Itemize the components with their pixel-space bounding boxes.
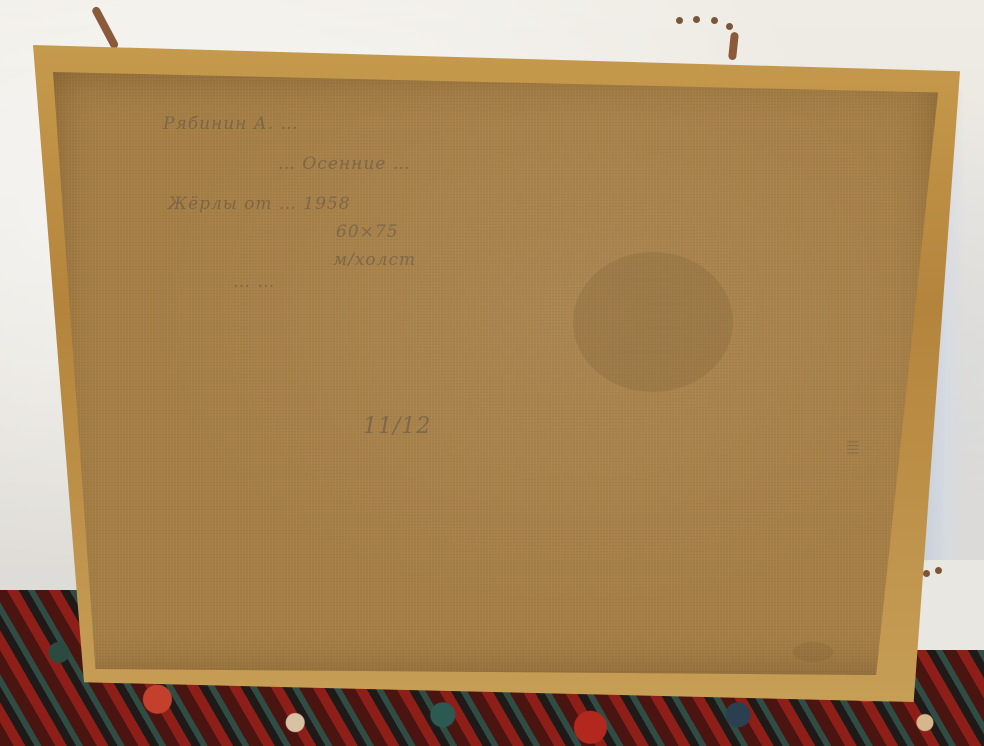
stain [573,252,733,392]
embroidery-dot [935,567,942,574]
inscription-dimensions: 60×75 [336,222,399,242]
inscription-marks-center: 11/12 [363,414,431,439]
inscription-marks-mid: … … [233,272,275,292]
inscription-line-1: Рябинин А. … [163,114,298,134]
stain [793,642,833,662]
inscription-line-2: … Осенние … [278,154,411,174]
embroidery-dot [923,570,930,577]
side-label-marks: |||| [820,440,860,510]
embroidery-dot [693,16,700,23]
embroidery-dot [676,17,683,24]
hardboard-back: Рябинин А. … … Осенние … Жёрлы от … 1958… [53,72,938,675]
inscription-line-3: Жёрлы от … 1958 [168,194,351,214]
embroidery-dot [711,17,718,24]
embroidery-dot [726,23,733,30]
inscription-medium: м/холст [333,250,416,270]
